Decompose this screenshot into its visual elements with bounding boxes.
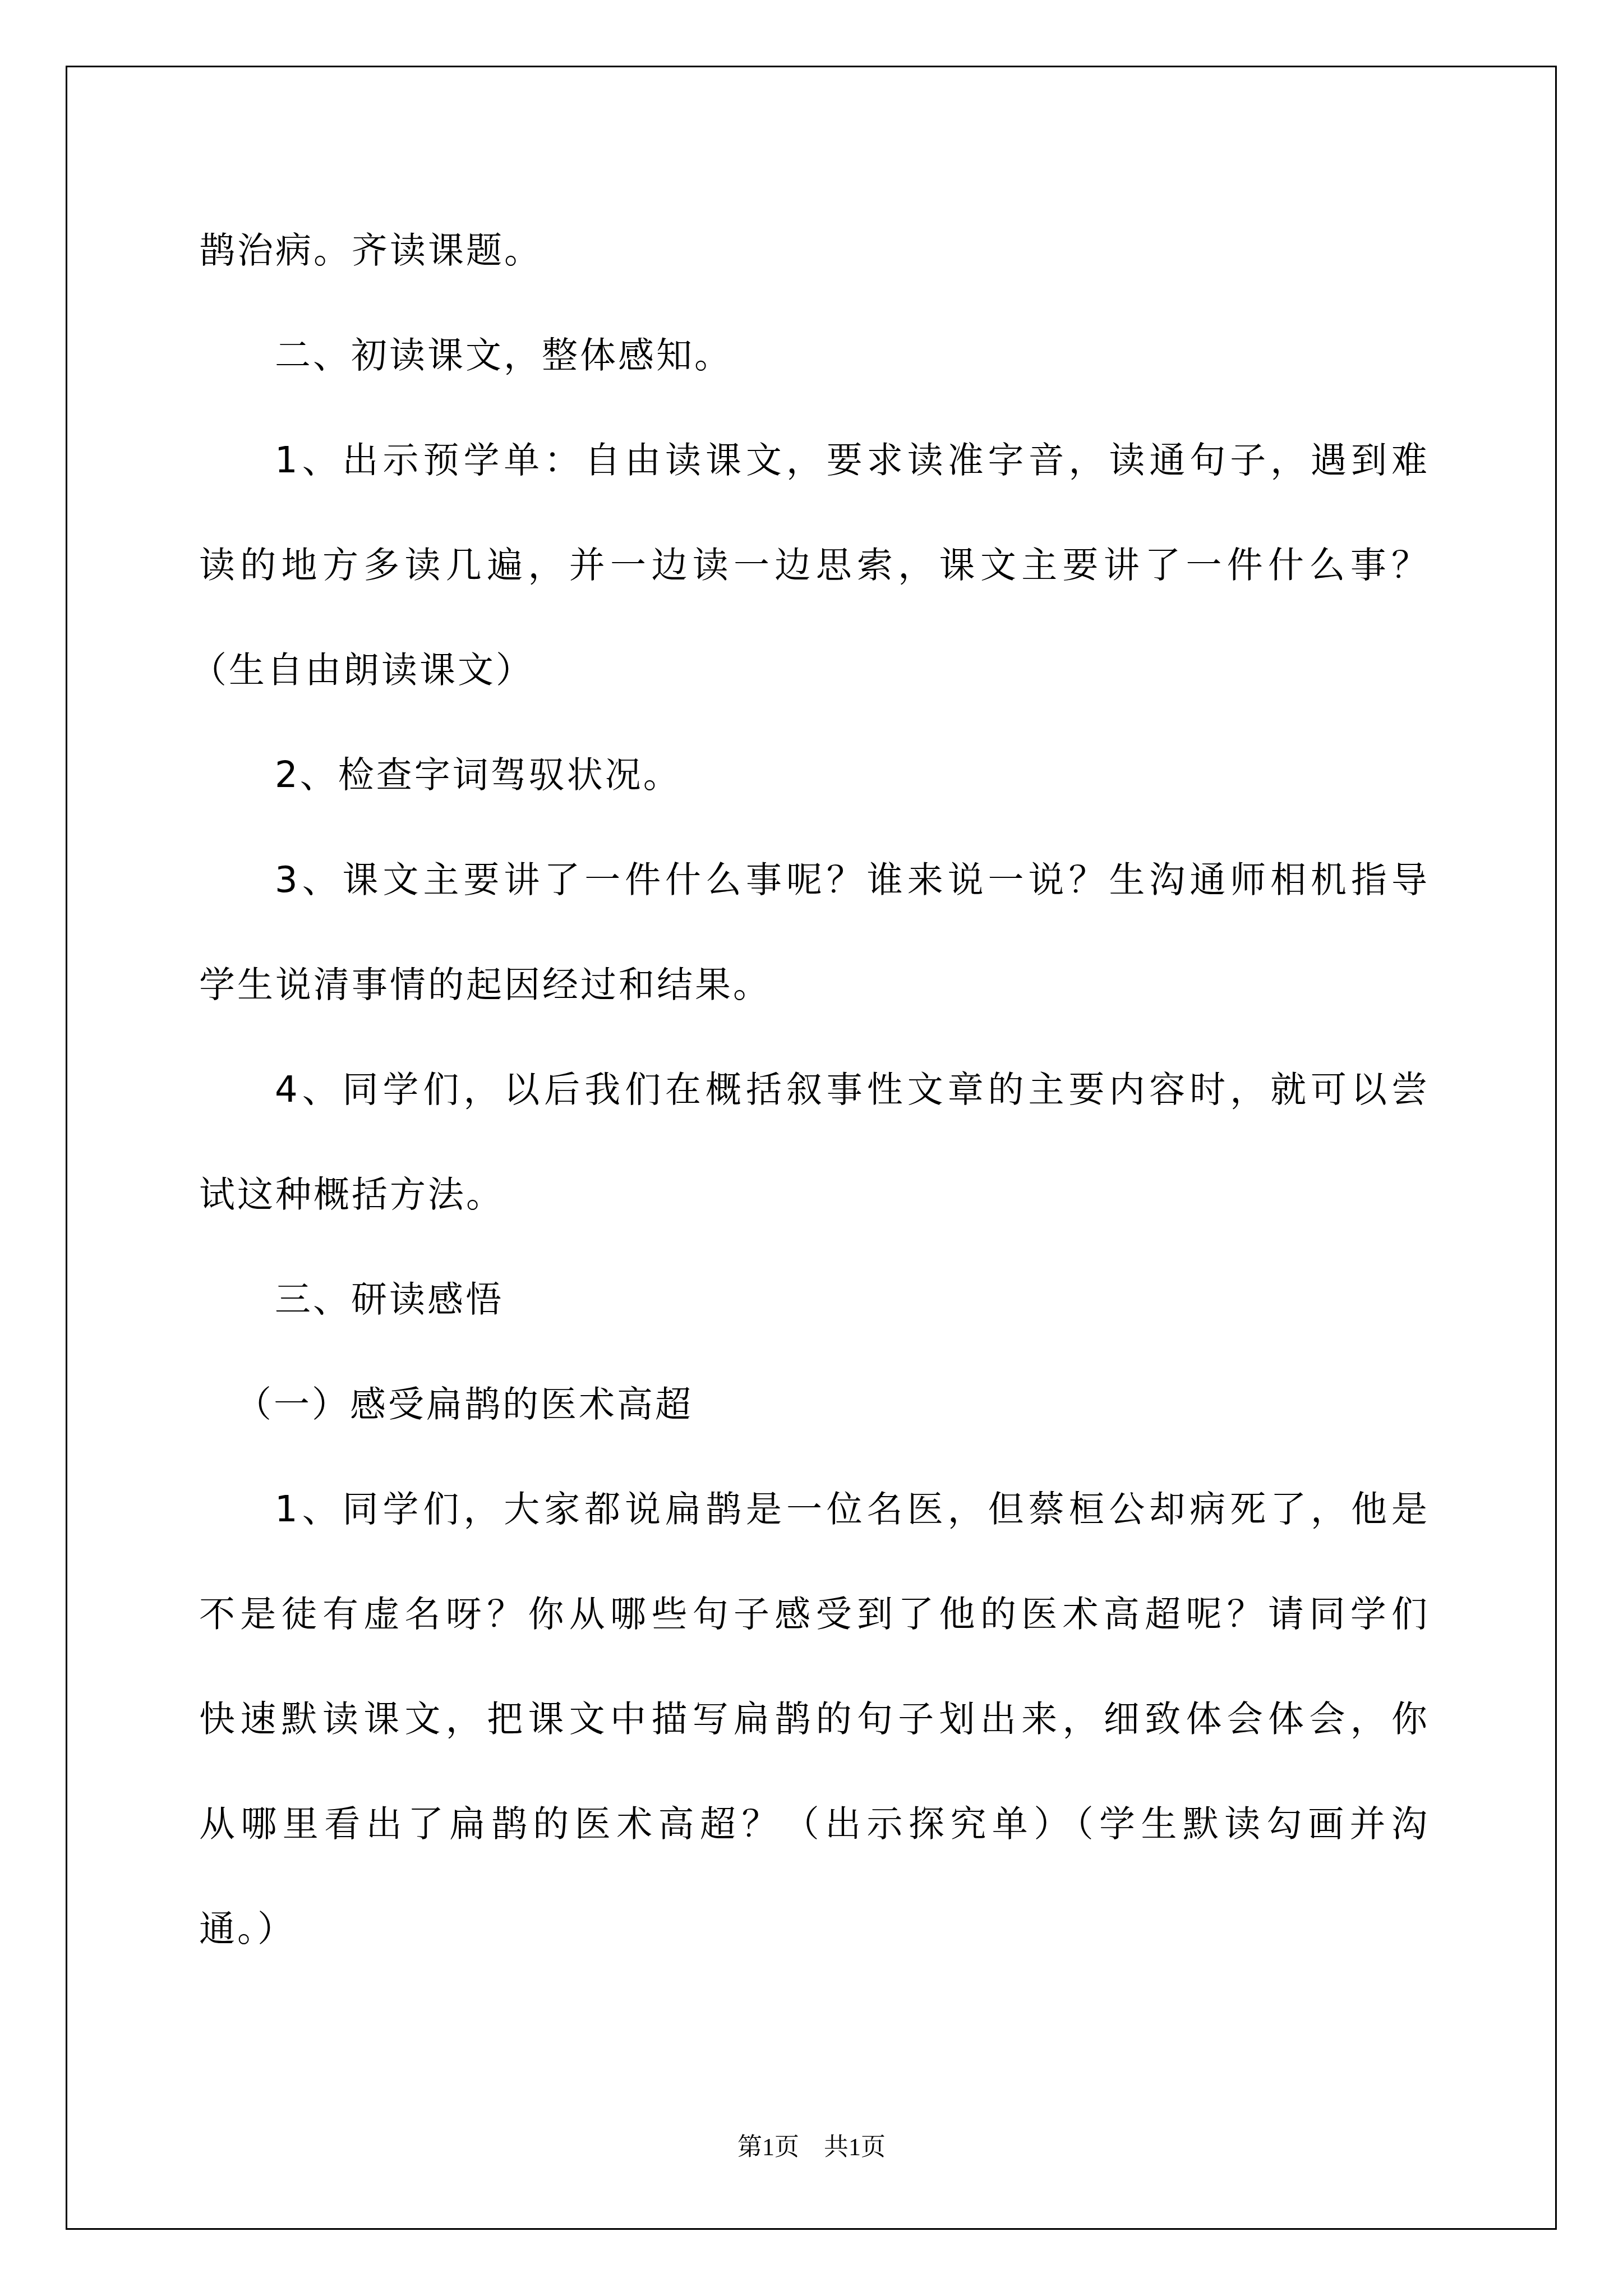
paragraph-line: 从哪里看出了扁鹊的医术高超？（出示探究单）（学生默读勾画并沟 [199, 1802, 1427, 1847]
paragraph-line: 快速默读课文，把课文中描写扁鹊的句子划出来，细致体会体会，你 [199, 1697, 1427, 1742]
page-border [66, 66, 1557, 2230]
paragraph-line: 2、检查字词驾驭状况。 [275, 753, 681, 798]
paragraph-line: 通。） [199, 1907, 296, 1952]
paragraph-line: 学生说清事情的起因经过和结果。 [199, 963, 771, 1007]
paragraph-line: 试这种概括方法。 [199, 1172, 504, 1217]
paragraph-line: 1、出示预学单：自由读课文，要求读准字音，读通句子，遇到难 [275, 438, 1427, 483]
paragraph-line: 1、同学们，大家都说扁鹊是一位名医，但蔡桓公却病死了，他是 [275, 1487, 1427, 1532]
subsection-heading: （一）感受扁鹊的医术高超 [236, 1382, 693, 1427]
page-number-footer: 第1页 共1页 [0, 2131, 1623, 2164]
paragraph-line: 不是徒有虚名呀？你从哪些句子感受到了他的医术高超呢？请同学们 [199, 1592, 1427, 1637]
paragraph-line: 4、同学们，以后我们在概括叙事性文章的主要内容时，就可以尝 [275, 1068, 1427, 1112]
paragraph-line: （生自由朗读课文） [191, 648, 534, 693]
paragraph-line: 读的地方多读几遍，并一边读一边思索，课文主要讲了一件什么事？ [199, 543, 1427, 588]
paragraph-line: 3、课文主要讲了一件什么事呢？谁来说一说？生沟通师相机指导 [275, 858, 1427, 903]
section-heading-2: 二、初读课文，整体感知。 [275, 333, 732, 378]
paragraph-line: 鹊治病。齐读课题。 [199, 228, 542, 273]
section-heading-3: 三、研读感悟 [275, 1277, 504, 1322]
